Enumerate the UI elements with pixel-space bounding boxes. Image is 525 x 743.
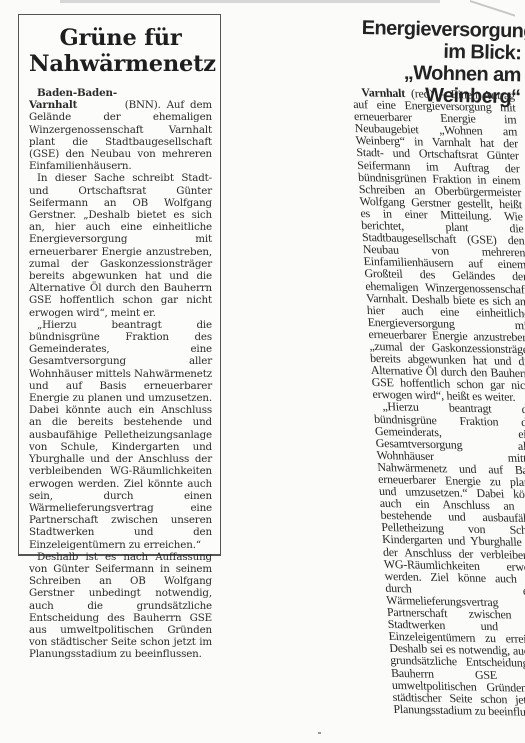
right-article-body: Varnhalt (red) – Einen Antrag auf eine E… <box>352 86 525 718</box>
left-article-clipping: Grüne für Nahwärmenetz Baden-Baden-Varnh… <box>18 14 221 556</box>
scan-edge-top <box>60 0 440 3</box>
left-article-headline: Grüne für Nahwärmenetz <box>29 25 212 77</box>
left-article-paragraph: In dieser Sache schreibt Stadt- und Orts… <box>29 172 212 318</box>
scan-speck <box>318 732 321 734</box>
left-article-paragraph: „Hierzu beantragt die bündnisgrüne Frakt… <box>29 319 212 551</box>
left-article-dateline: Baden-Baden-Varnhalt <box>29 87 117 111</box>
right-article-paragraph: Varnhalt (red) – Einen Antrag auf eine E… <box>352 86 525 404</box>
left-article-body: Baden-Baden-Varnhalt (BNN). Auf dem Gelä… <box>29 87 212 661</box>
left-article-paragraph: Deshalb ist es nach Auffassung von Günte… <box>29 551 212 661</box>
right-article-paragraph: „Hierzu beantragt die bündnisgrüne Frakt… <box>373 400 525 718</box>
left-article-paragraph: Baden-Baden-Varnhalt (BNN). Auf dem Gelä… <box>29 87 212 172</box>
left-article-source: (BNN). <box>125 99 161 111</box>
